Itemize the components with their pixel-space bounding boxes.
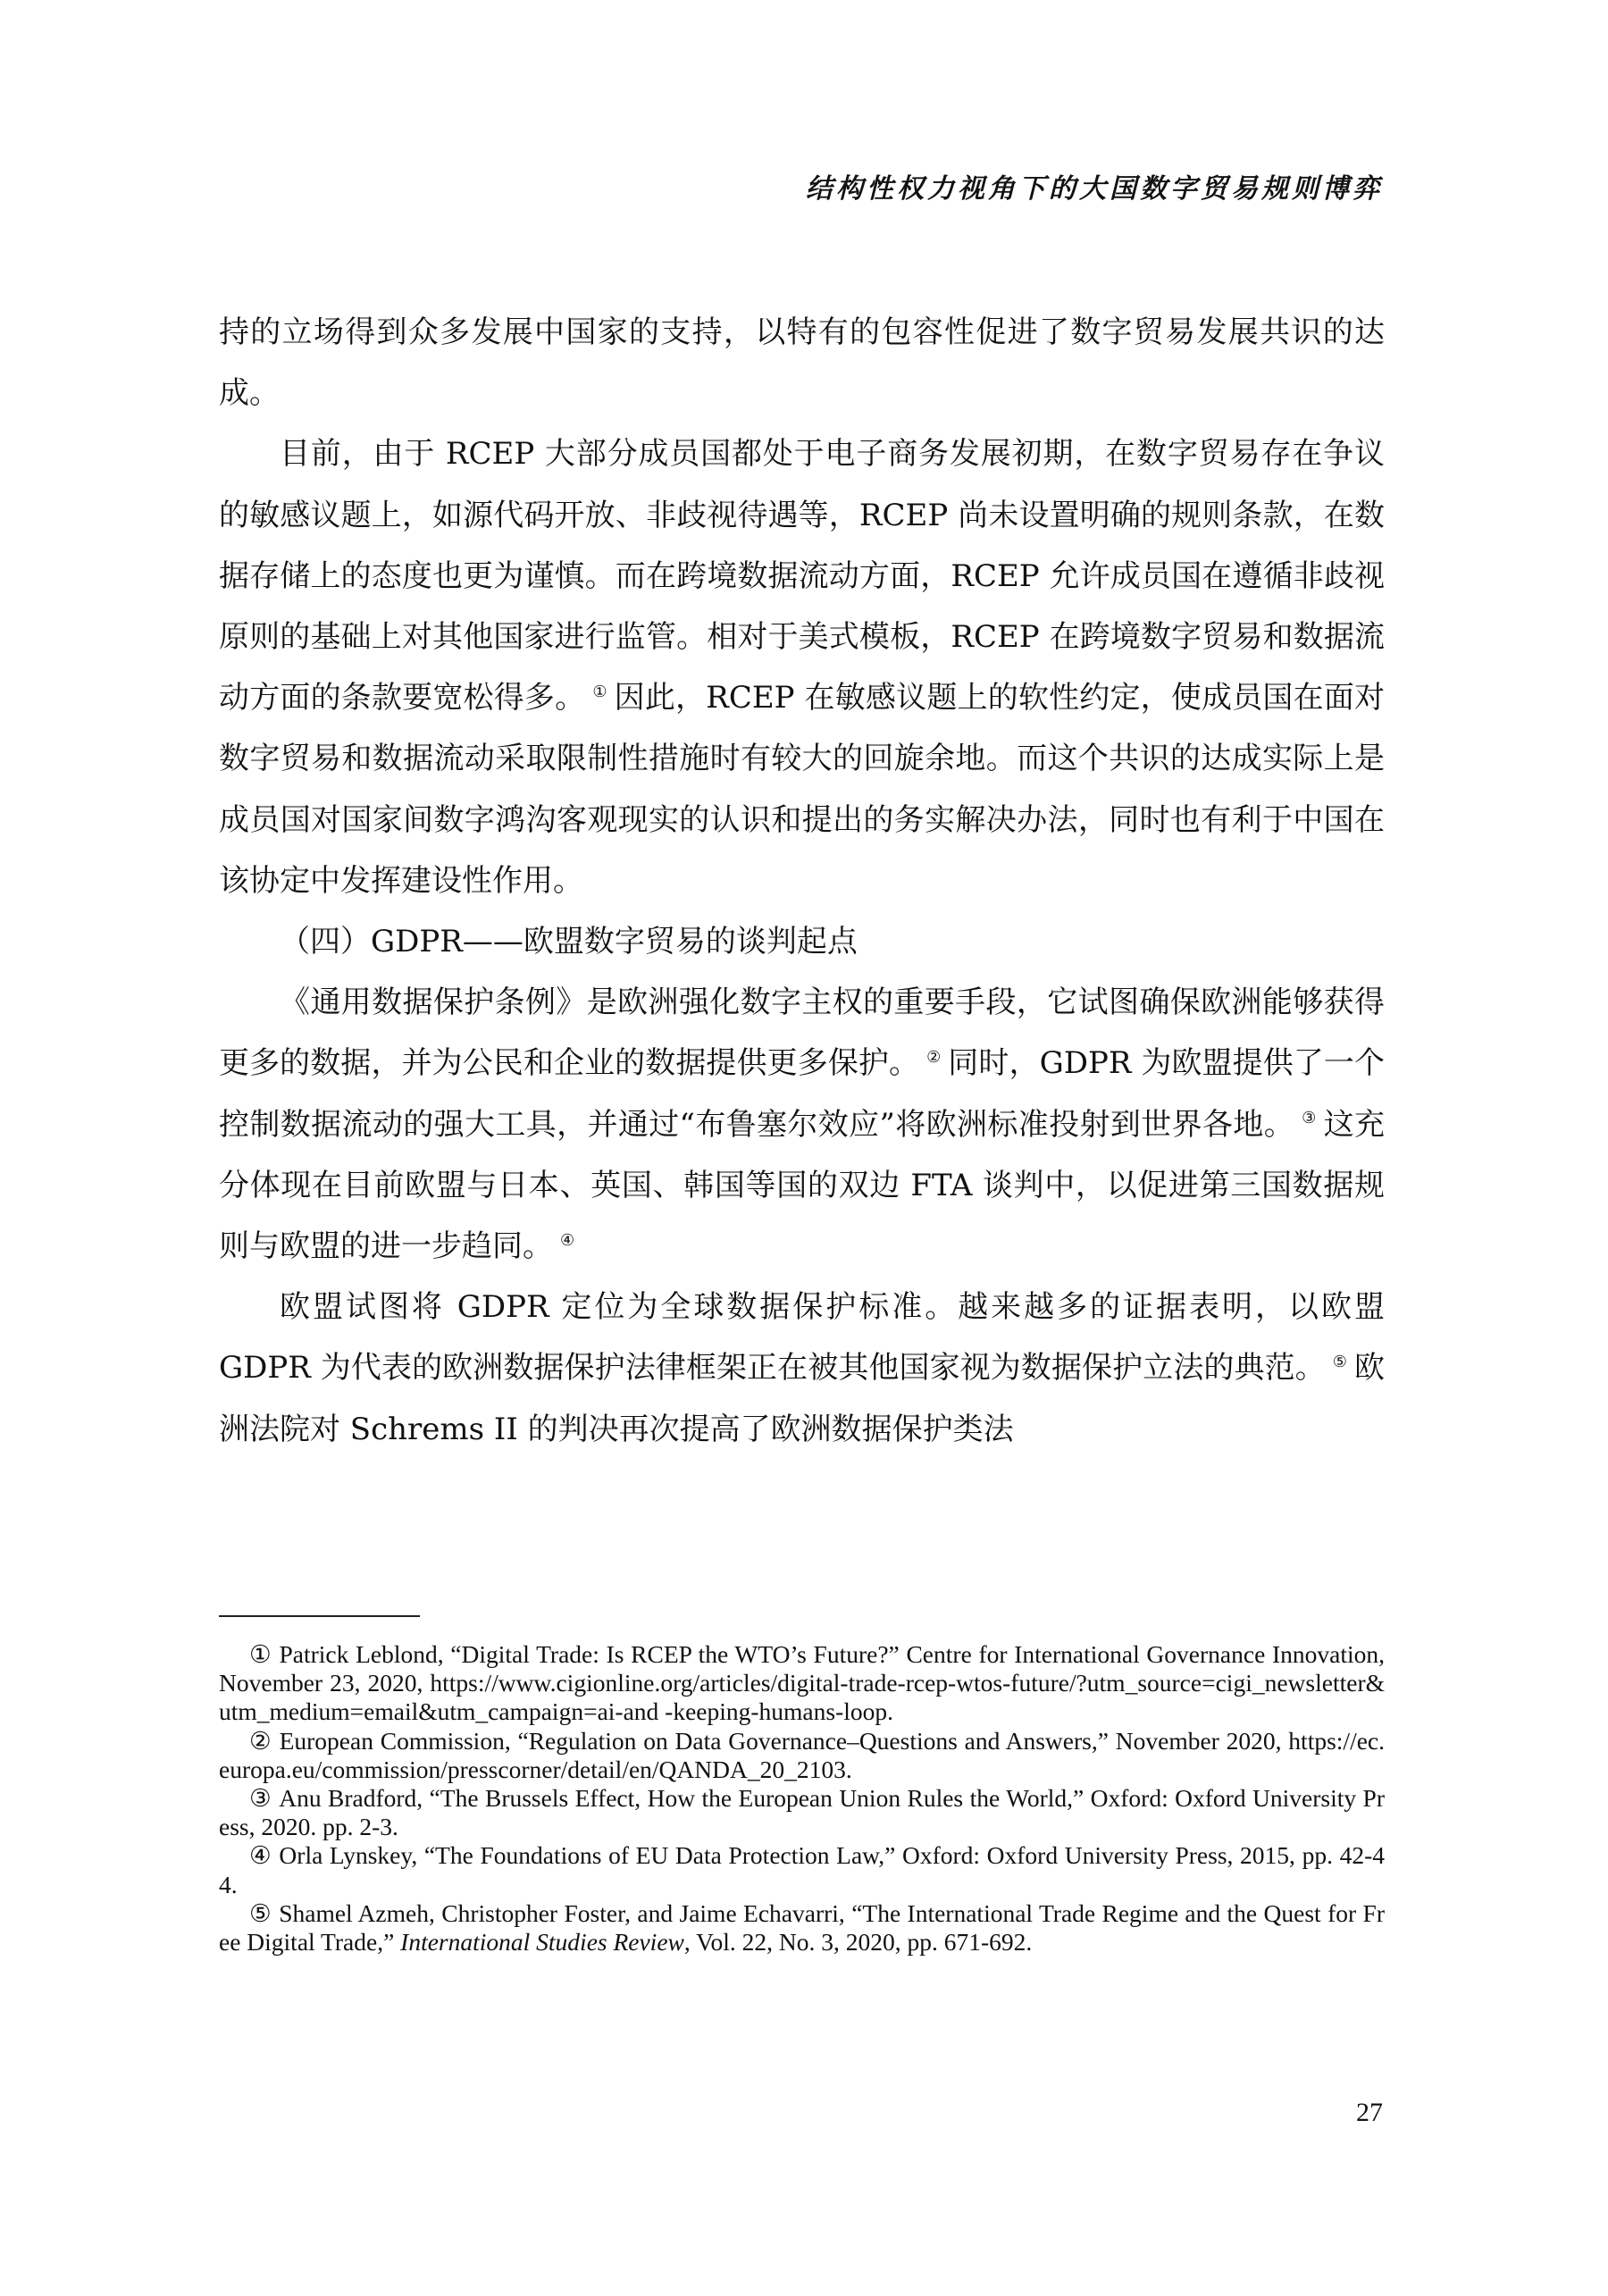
journal-title: International Studies Review: [400, 1928, 684, 1956]
document-page: 结构性权力视角下的大国数字贸易规则博弈 持的立场得到众多发展中国家的支持，以特有…: [0, 0, 1608, 2296]
footnote-ref-5[interactable]: ⑤: [1333, 1353, 1347, 1371]
section-heading: （四）GDPR——欧盟数字贸易的谈判起点: [219, 911, 1385, 972]
footnote-divider: [219, 1615, 420, 1617]
footnote-ref-3[interactable]: ③: [1302, 1109, 1317, 1127]
paragraph-4-part-a: 欧盟试图将 GDPR 定位为全球数据保护标准。越来越多的证据表明，以欧盟 GDP…: [219, 1289, 1385, 1386]
paragraph-2: 目前，由于 RCEP 大部分成员国都处于电子商务发展初期，在数字贸易存在争议的敏…: [219, 423, 1385, 911]
paragraph-2-part-a: 目前，由于 RCEP 大部分成员国都处于电子商务发展初期，在数字贸易存在争议的敏…: [219, 436, 1385, 716]
footnote-1: ①Patrick Leblond, “Digital Trade: Is RCE…: [219, 1640, 1385, 1727]
footnote-text: European Commission, “Regulation on Data…: [219, 1727, 1385, 1783]
footnote-ref-1[interactable]: ①: [592, 683, 607, 701]
body-text: 持的立场得到众多发展中国家的支持，以特有的包容性促进了数字贸易发展共识的达成。 …: [219, 302, 1385, 1460]
footnote-number: ②: [249, 1727, 272, 1755]
footnote-3: ③Anu Bradford, “The Brussels Effect, How…: [219, 1784, 1385, 1841]
footnote-ref-2[interactable]: ②: [926, 1048, 941, 1067]
footnote-2: ②European Commission, “Regulation on Dat…: [219, 1727, 1385, 1784]
page-number: 27: [1356, 2098, 1383, 2128]
footnote-number: ③: [249, 1784, 272, 1812]
footnote-text-b: , Vol. 22, No. 3, 2020, pp. 671-692.: [684, 1928, 1032, 1956]
footnote-number: ①: [249, 1640, 272, 1668]
running-header: 结构性权力视角下的大国数字贸易规则博弈: [806, 166, 1383, 205]
footnote-ref-4[interactable]: ④: [560, 1231, 574, 1250]
footnote-text: Orla Lynskey, “The Foundations of EU Dat…: [219, 1841, 1385, 1898]
footnote-number: ④: [249, 1841, 272, 1869]
footnote-number: ⑤: [249, 1899, 272, 1927]
paragraph-3: 《通用数据保护条例》是欧洲强化数字主权的重要手段，它试图确保欧洲能够获得更多的数…: [219, 972, 1385, 1277]
footnote-text: Anu Bradford, “The Brussels Effect, How …: [219, 1784, 1385, 1840]
footnote-text: Patrick Leblond, “Digital Trade: Is RCEP…: [219, 1640, 1385, 1725]
footnote-4: ④Orla Lynskey, “The Foundations of EU Da…: [219, 1841, 1385, 1898]
footnote-5: ⑤Shamel Azmeh, Christopher Foster, and J…: [219, 1899, 1385, 1957]
paragraph-1: 持的立场得到众多发展中国家的支持，以特有的包容性促进了数字贸易发展共识的达成。: [219, 302, 1385, 423]
footnotes: ①Patrick Leblond, “Digital Trade: Is RCE…: [219, 1640, 1385, 1957]
paragraph-4: 欧盟试图将 GDPR 定位为全球数据保护标准。越来越多的证据表明，以欧盟 GDP…: [219, 1277, 1385, 1460]
